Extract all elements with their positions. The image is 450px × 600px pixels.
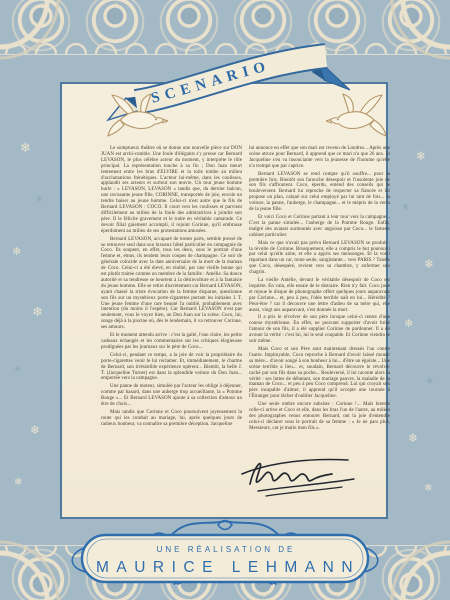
snowflake-icon: ❄ [14,478,22,488]
scenario-text: Le somptueux théâtre où se donne une nou… [101,146,391,434]
scenario-paragraph: Bernard LEVASON se rend compte qu'il sou… [249,172,390,213]
snowflake-icon: ❄ [404,318,413,329]
snowflake-icon: ❄ [30,424,40,436]
dove-icon [326,92,388,142]
scenario-paragraph: Celui-ci, pendant ce temps, a la joie de… [101,353,242,383]
scenario-paragraph: lui annonce en effet que son mari est re… [249,146,390,170]
credit-cartouche: UNE RÉALISATION DE MAURICE LEHMANN [60,508,390,596]
snowflake-icon: ❄ [424,484,432,494]
dove-icon [106,92,168,142]
scenario-paragraph: Le somptueux théâtre où se donne une nou… [101,146,242,235]
dove-shape [108,94,168,136]
snowflake-icon: ❄ [408,432,418,444]
scenario-paragraph: Une seule ombre encore subsiste : Corinn… [249,402,390,432]
scenario-paragraph: Et le moment attendu arrive : c'est la g… [101,333,242,351]
snowflake-icon: ❄ [12,246,21,257]
author-signature [236,450,370,504]
star-icon: ✳ [36,196,44,205]
scenario-paragraph: La vieille Amélie, devant le véritable d… [249,278,390,313]
dove-shape [326,94,386,136]
director-name: MAURICE LEHMANN [96,559,360,576]
star-icon: ✳ [402,204,410,213]
signature-strokes [242,460,354,496]
scenario-paragraph: Et voici Coco et Corinne partant à leur … [249,215,390,239]
scenario-paragraph: Mais Coco et son Père sont maintenant dr… [249,347,390,400]
scenario-paragraph: Une panne de moteur, simulée par l'acteu… [101,384,242,408]
scenario-paragraph: Mais ce que n'avait pas prévu Bernard LE… [249,241,390,276]
star-icon: ✳ [14,366,22,375]
scenario-paragraph: Bernard LEVASON, accaparé de toutes part… [101,237,242,332]
scenario-right-column: lui annonce en effet que son mari est re… [249,146,390,434]
snowflake-icon: ❄ [416,150,426,162]
scenario-paragraph: Mais tandis que Corinne et Coco poursuiv… [101,410,242,428]
snowflake-icon: ❄ [32,306,43,319]
scenario-paragraph: Il a pris le révolver de son père lorsqu… [249,315,390,345]
snowflake-icon: ❄ [424,258,434,270]
programme-page: { "banner": { "title": "SCENARIO" }, "sc… [0,0,450,600]
scenario-left-column: Le somptueux théâtre où se donne une nou… [101,146,242,434]
snowflake-icon: ❄ [20,142,31,155]
star-icon: ✳ [426,378,434,387]
credit-line: UNE RÉALISATION DE [157,545,296,554]
